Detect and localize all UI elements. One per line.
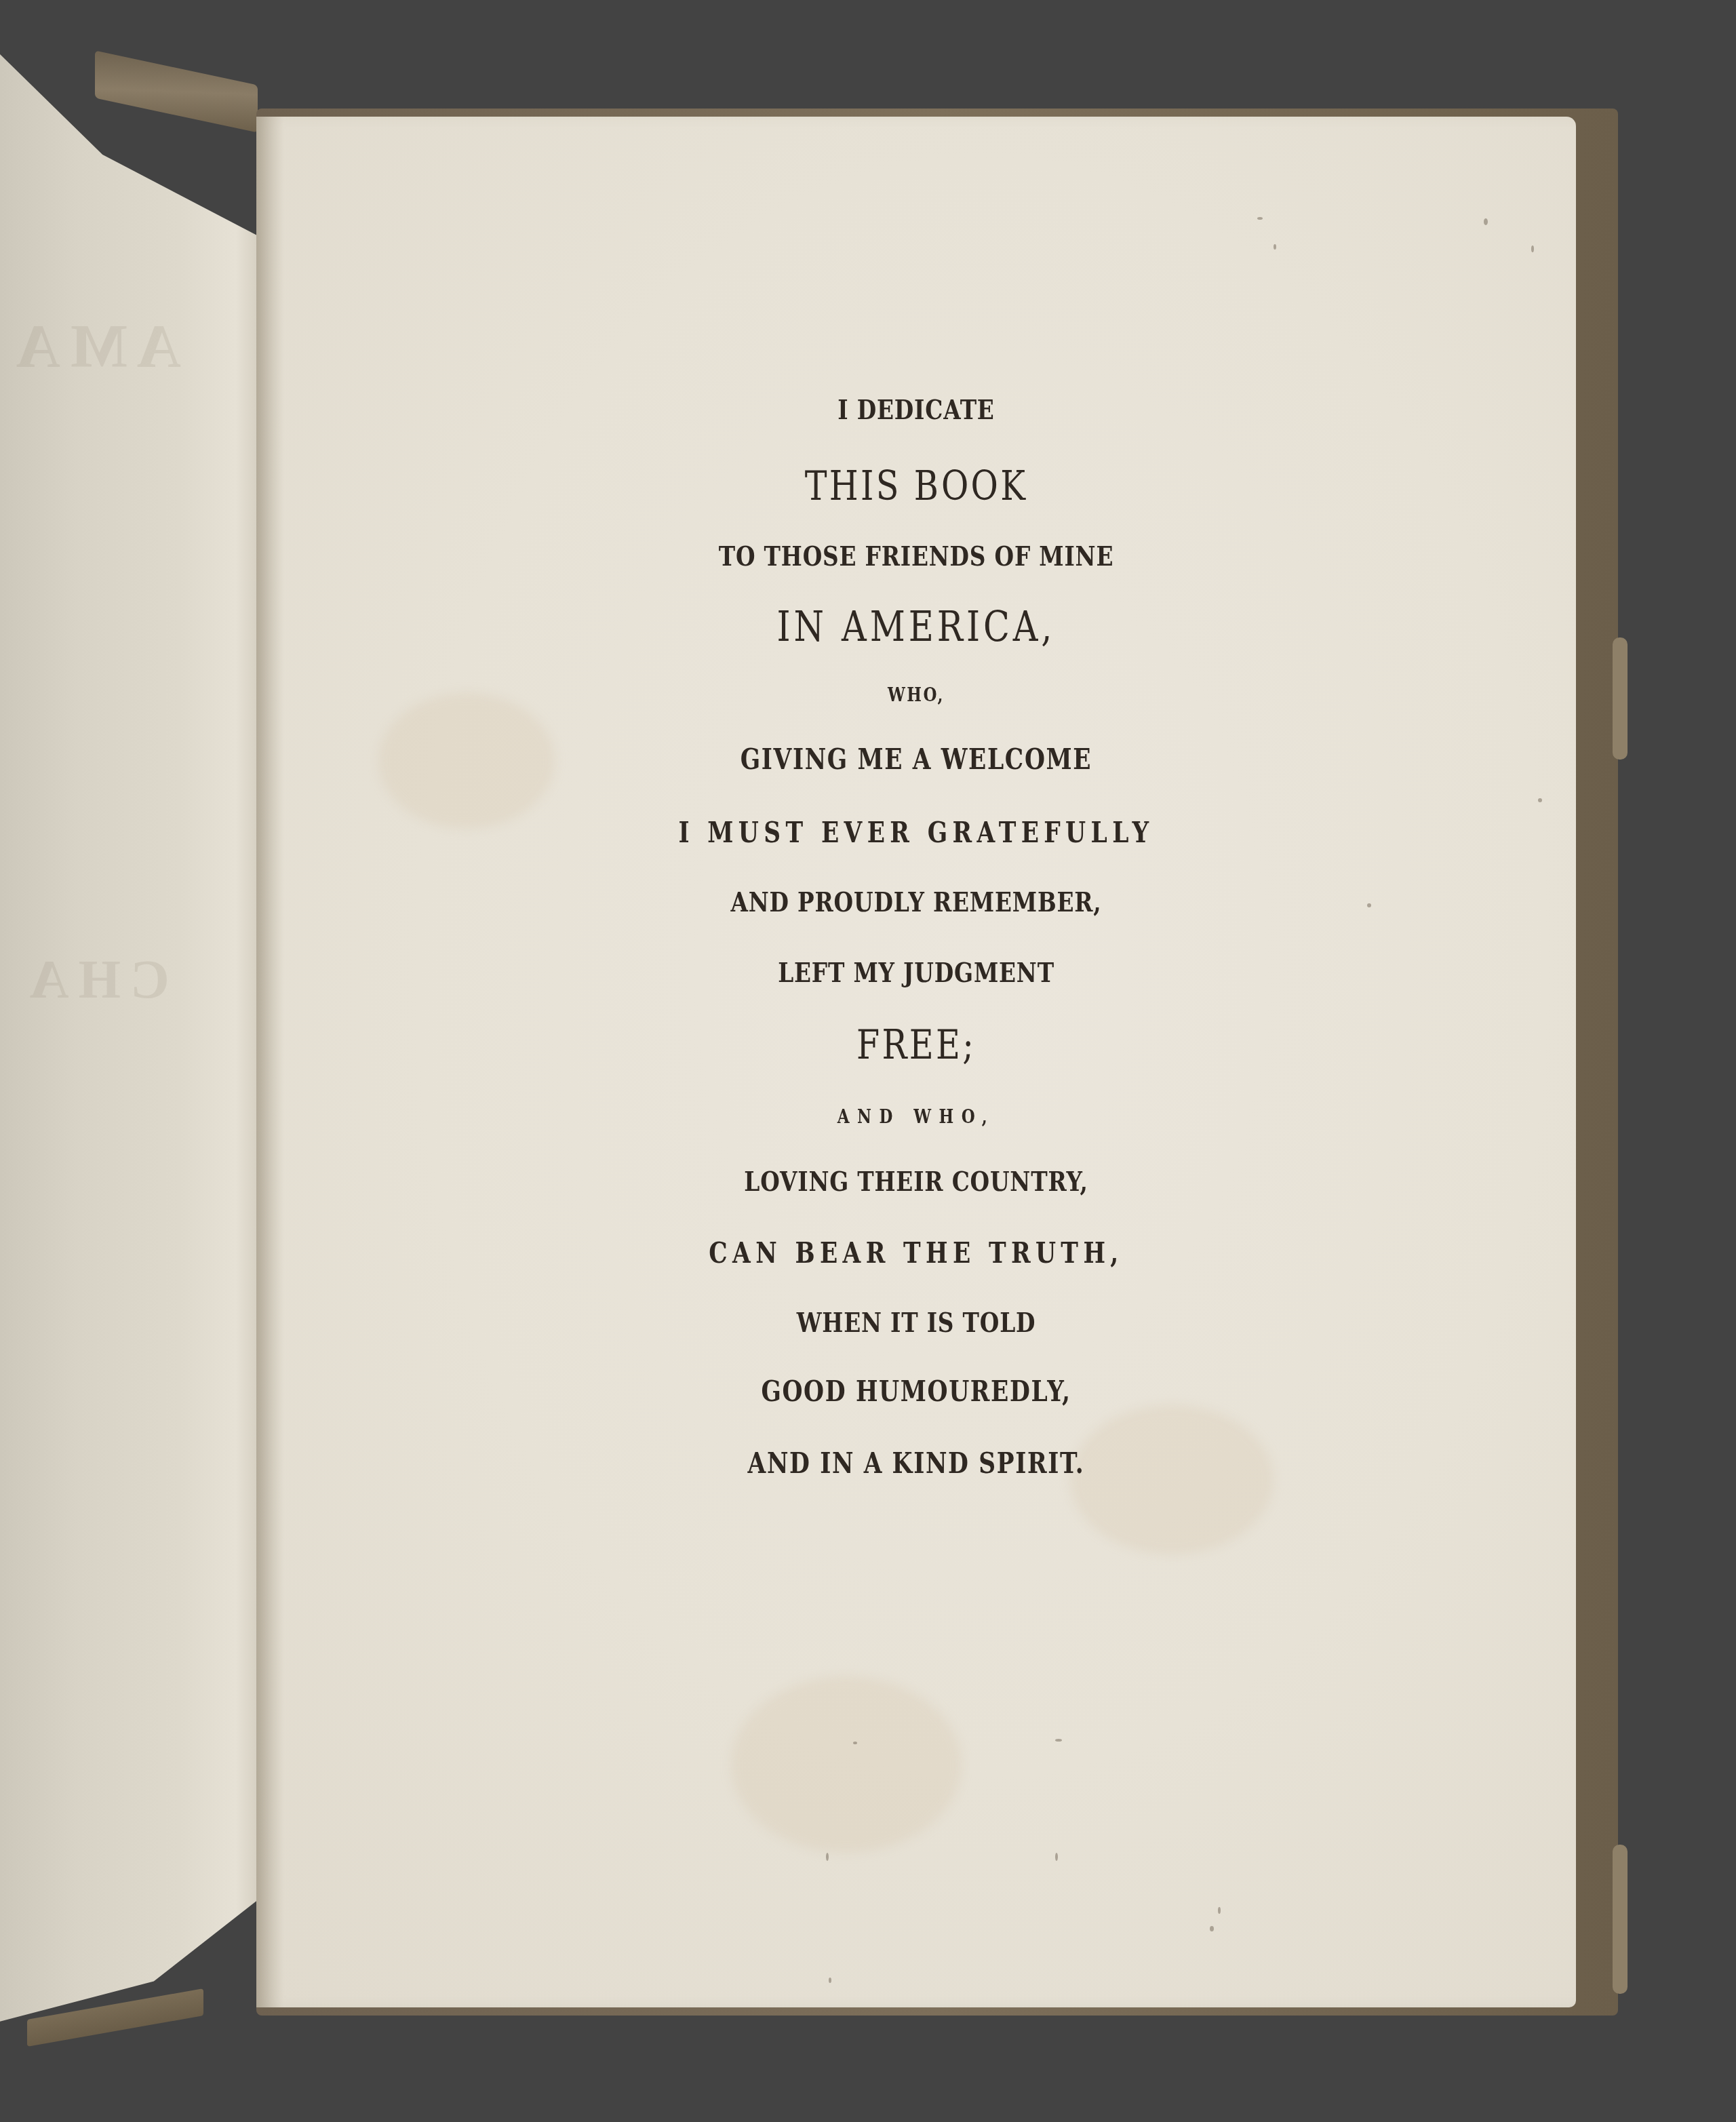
dedication-line: I MUST EVER GRATEFULLY — [375, 819, 1457, 847]
dedication-line: THIS BOOK — [375, 466, 1457, 507]
frayed-board-edge — [1613, 1845, 1627, 1994]
dedication-line: WHO, — [375, 686, 1457, 705]
dedication-line: AND PROUDLY REMEMBER, — [375, 889, 1457, 916]
bleed-through-mark: AMA — [7, 312, 181, 382]
dedication-text-block: I DEDICATE THIS BOOK TO THOSE FRIENDS OF… — [256, 397, 1576, 1478]
dedication-line: LEFT MY JUDGMENT — [375, 960, 1457, 987]
dedication-line: FREE; — [375, 1025, 1457, 1065]
dedication-line: GOOD HUMOUREDLY, — [375, 1377, 1457, 1406]
dedication-line: WHEN IT IS TOLD — [375, 1310, 1457, 1337]
frayed-board-edge — [1613, 637, 1627, 760]
bleed-through-mark: CHA — [20, 949, 170, 1011]
foxing-stain — [731, 1676, 962, 1853]
dedication-line: AND WHO, — [375, 1107, 1457, 1126]
left-cover-board-top — [95, 50, 258, 132]
dedication-line: I DEDICATE — [375, 397, 1457, 424]
dedication-line: GIVING ME A WELCOME — [375, 745, 1457, 774]
dedication-line: AND IN A KIND SPIRIT. — [375, 1449, 1457, 1478]
left-page-verso: AMA CHA — [0, 54, 256, 2062]
dedication-line: LOVING THEIR COUNTRY, — [375, 1168, 1457, 1196]
dedication-line: IN AMERICA, — [375, 606, 1457, 648]
dedication-line: TO THOSE FRIENDS OF MINE — [375, 543, 1457, 570]
dedication-line: CAN BEAR THE TRUTH, — [375, 1239, 1457, 1268]
